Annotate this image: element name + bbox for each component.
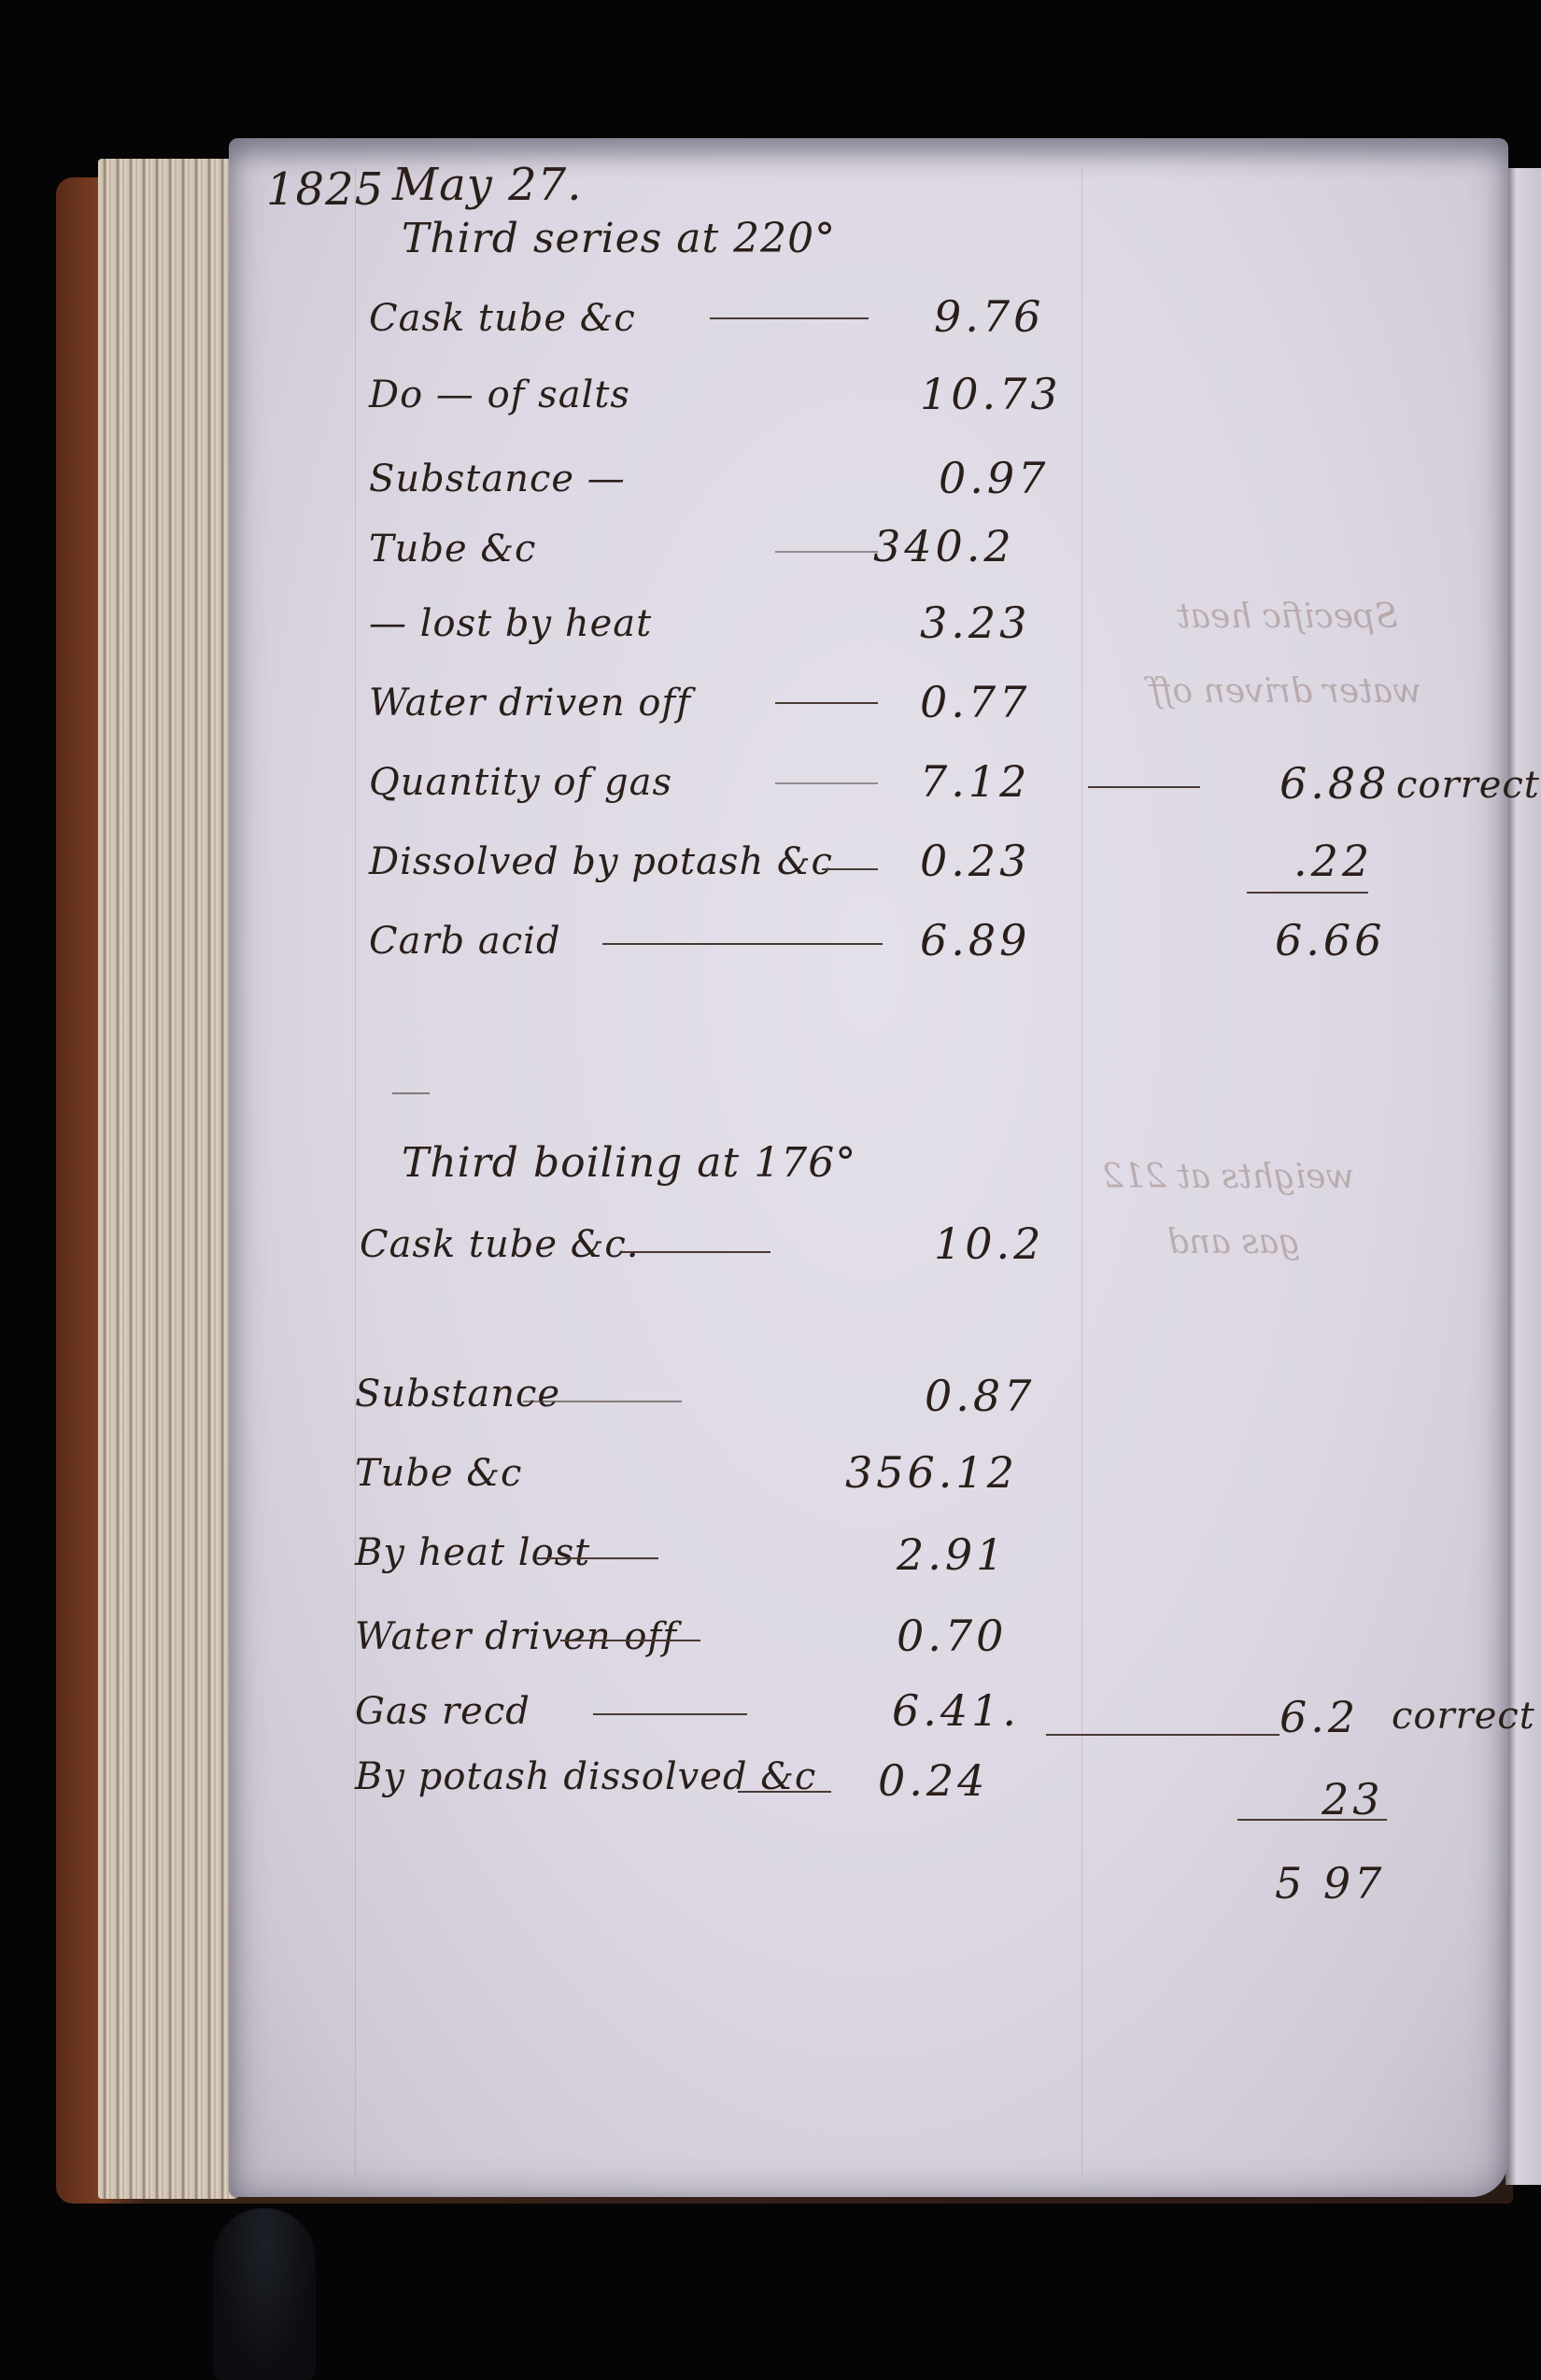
section-title: Third boiling at 176° [402,1139,856,1187]
row-value: 2.91 [897,1529,1007,1580]
row-value: 0.70 [897,1611,1007,1661]
sum-rule [1237,1819,1387,1821]
row-label: Tube &c [355,1452,522,1495]
row-value: 0.97 [939,453,1049,503]
leader-line [537,1557,658,1559]
row-label: Substance [355,1373,560,1415]
leader-line [621,1251,770,1253]
bleed-through-mark: Specific heat [1177,598,1398,636]
margin-line-right [1082,168,1082,2176]
entry-date: May 27. [392,159,582,211]
row-value: 7.12 [920,756,1030,807]
row-value: 340.2 [873,521,1015,571]
row-value: 6.89 [920,915,1030,965]
row-value: 6.41. [892,1685,1020,1736]
row-value: 0.77 [920,677,1030,727]
leader-line [775,702,878,704]
row-label: Cask tube &c [369,297,636,340]
sum-rule [1247,892,1368,894]
corrected-value: 6.88 [1279,758,1390,809]
row-value: 3.23 [920,598,1030,648]
row-value: 0.24 [878,1755,988,1806]
corrected-value: 6.66 [1275,915,1385,965]
result-value: 5 97 [1275,1858,1385,1908]
row-label: Cask tube &c. [360,1223,639,1266]
row-value: 356.12 [845,1447,1018,1498]
row-label: Dissolved by potash &c [369,840,833,883]
row-label: Quantity of gas [369,761,672,804]
row-value: 10.2 [934,1218,1044,1269]
row-label: By heat lost [355,1531,590,1574]
leader-line [602,943,883,945]
leader-line [822,868,878,870]
bleed-through-mark: gas and [1167,1223,1300,1261]
bleed-through-mark: water driven off [1149,672,1421,711]
leader-line [1046,1734,1279,1736]
margin-line-left [355,168,356,2176]
correction-note: correct [1392,1695,1535,1738]
leader-line [775,551,878,553]
row-value: 9.76 [934,291,1044,342]
leader-line [560,1640,700,1641]
row-value: 10.73 [920,369,1062,419]
next-page-edge [1506,168,1541,2185]
corrected-value: .22 [1294,836,1373,886]
section-title: Third series at 220° [402,215,836,262]
row-label: — lost by heat [369,602,652,645]
entry-year: 1825 [266,163,384,216]
leader-line [775,782,878,784]
leader-line [710,317,869,319]
row-label: Water driven off [369,682,691,725]
thumb-holding-page [213,2208,316,2380]
page-edges [98,159,238,2199]
row-value: 0.23 [920,836,1030,886]
leader-line [738,1791,831,1793]
corrected-value: 6.2 [1279,1692,1359,1742]
leader-line [523,1401,682,1402]
row-label: Water driven off [355,1615,677,1658]
row-label: Substance — [369,458,626,500]
row-label: Tube &c [369,528,536,570]
leader-line [1088,786,1200,788]
bleed-through-mark: weights at 212 [1102,1158,1354,1196]
correction-note: correct [1396,764,1540,807]
separator-mark [392,1092,430,1094]
row-value: 0.87 [925,1371,1035,1421]
corrected-value: 23 [1322,1774,1384,1824]
row-label: Gas recd [355,1690,530,1733]
leader-line [593,1713,747,1715]
row-label: Do — of salts [369,373,630,416]
row-label: Carb acid [369,920,561,963]
